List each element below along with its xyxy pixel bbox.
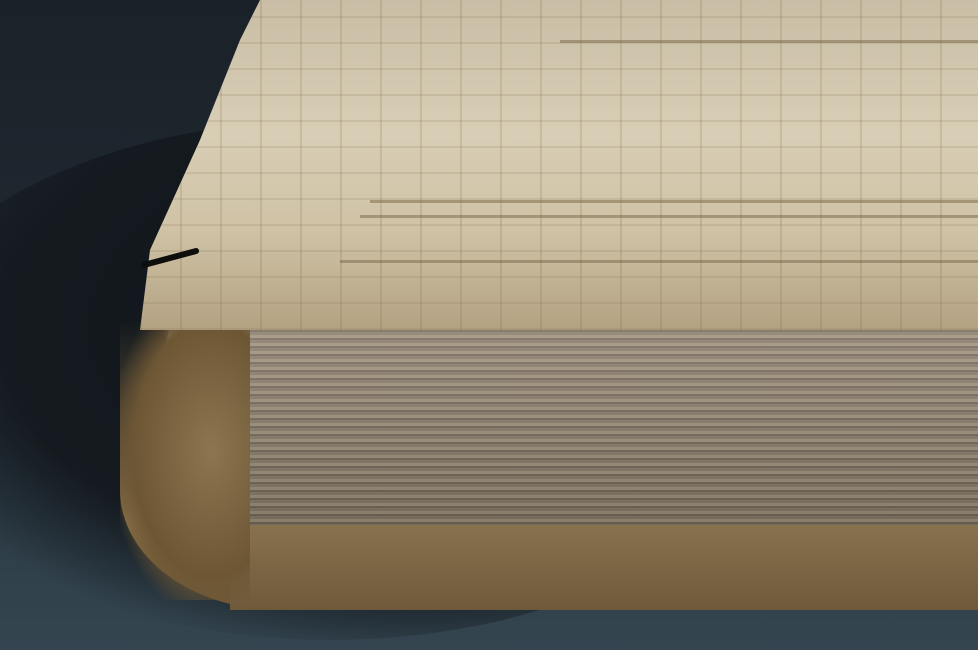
page-edges	[165, 300, 978, 525]
fillet-line	[360, 215, 978, 218]
fillet-line	[560, 40, 978, 43]
fillet-line	[370, 200, 978, 203]
worn-corner	[120, 300, 250, 600]
tooled-leather-cover	[140, 0, 978, 330]
fillet-line	[340, 260, 978, 263]
bottom-board-edge	[230, 515, 978, 610]
